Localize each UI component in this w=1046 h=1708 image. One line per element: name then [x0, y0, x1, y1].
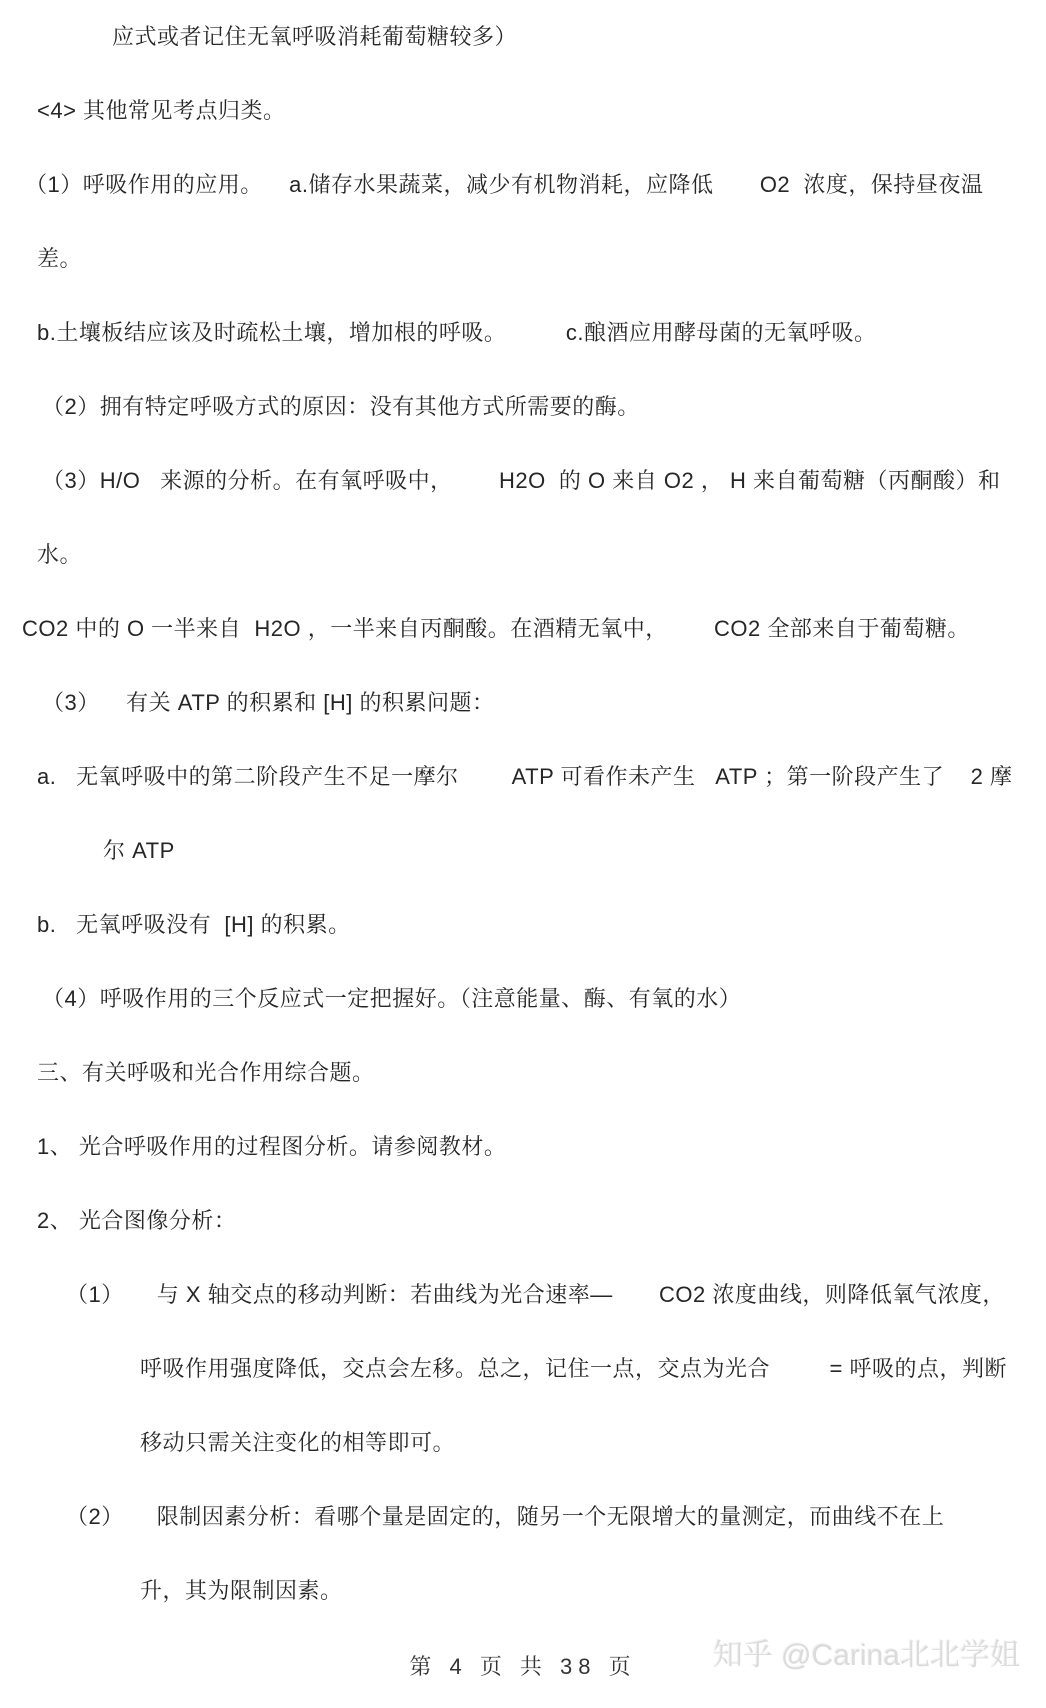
document-page: 应式或者记住无氧呼吸消耗葡萄糖较多） <4> 其他常见考点归类。 （1）呼吸作用…: [0, 0, 1046, 1708]
doc-line: 1、 光合呼吸作用的过程图分析。请参阅教材。: [0, 1110, 1046, 1184]
doc-line: b.土壤板结应该及时疏松土壤，增加根的呼吸。 c.酿酒应用酵母菌的无氧呼吸。: [0, 296, 1046, 370]
doc-line: 呼吸作用强度降低，交点会左移。总之，记住一点，交点为光合 = 呼吸的点，判断: [0, 1332, 1046, 1406]
doc-line: 升，其为限制因素。: [0, 1554, 1046, 1628]
doc-line: 水。: [0, 518, 1046, 592]
doc-line: <4> 其他常见考点归类。: [0, 74, 1046, 148]
doc-line: a. 无氧呼吸中的第二阶段产生不足一摩尔 ATP 可看作未产生 ATP ；第一阶…: [0, 740, 1046, 814]
doc-line: （4）呼吸作用的三个反应式一定把握好。（注意能量、酶、有氧的水）: [0, 962, 1046, 1036]
doc-line: CO2 中的 O 一半来自 H2O ，一半来自丙酮酸。在酒精无氧中， CO2 全…: [0, 592, 1046, 666]
doc-line: （1）呼吸作用的应用。 a.储存水果蔬菜，减少有机物消耗，应降低 O2 浓度，保…: [0, 148, 1046, 222]
doc-line: （3）H/O 来源的分析。在有氧呼吸中， H2O 的 O 来自 O2 ， H 来…: [0, 444, 1046, 518]
doc-line: 2、 光合图像分析：: [0, 1184, 1046, 1258]
document-text-block: 应式或者记住无氧呼吸消耗葡萄糖较多） <4> 其他常见考点归类。 （1）呼吸作用…: [0, 0, 1046, 1628]
doc-line: b. 无氧呼吸没有 [H] 的积累。: [0, 888, 1046, 962]
doc-line: （2） 限制因素分析：看哪个量是固定的，随另一个无限增大的量测定，而曲线不在上: [0, 1480, 1046, 1554]
doc-line: 应式或者记住无氧呼吸消耗葡萄糖较多）: [0, 0, 1046, 74]
doc-line: 尔 ATP: [0, 814, 1046, 888]
doc-line: （1） 与 X 轴交点的移动判断：若曲线为光合速率— CO2 浓度曲线，则降低氧…: [0, 1258, 1046, 1332]
doc-line: （3） 有关 ATP 的积累和 [H] 的积累问题：: [0, 666, 1046, 740]
doc-line: 移动只需关注变化的相等即可。: [0, 1406, 1046, 1480]
doc-line: （2）拥有特定呼吸方式的原因：没有其他方式所需要的酶。: [0, 370, 1046, 444]
doc-line: 三、有关呼吸和光合作用综合题。: [0, 1036, 1046, 1110]
doc-line: 差。: [0, 222, 1046, 296]
zhihu-watermark: 知乎 @Carina北北学姐: [713, 1638, 1020, 1674]
